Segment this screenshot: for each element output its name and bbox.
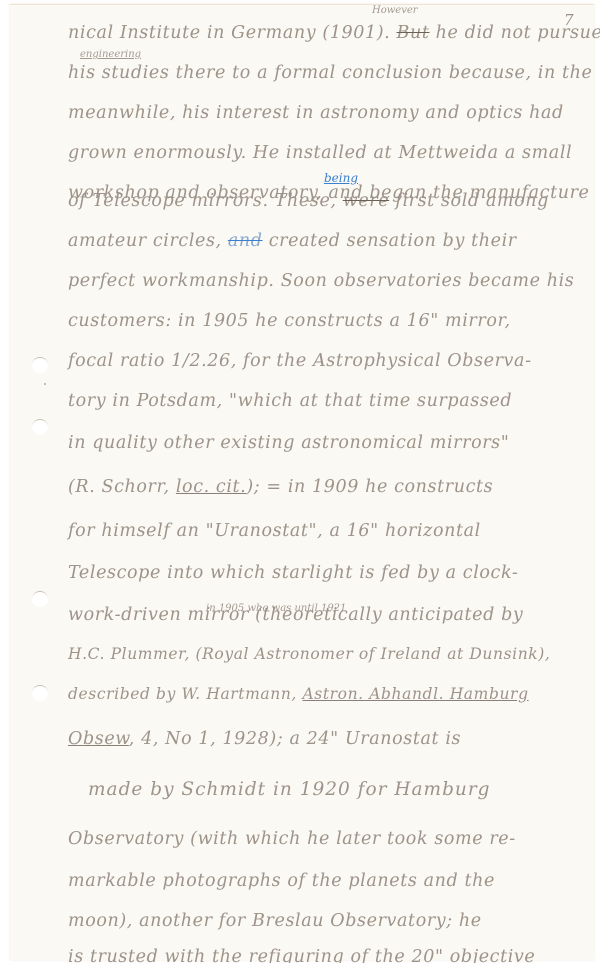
manuscript-line-16: work-driven mirror (theoretically antici… — [68, 605, 523, 625]
binder-hole — [32, 685, 48, 701]
manuscript-line-21: Observatory (with which he later took so… — [68, 829, 516, 849]
binder-hole — [32, 419, 48, 435]
manuscript-line-13: (R. Schorr, loc. cit.); = in 1909 he con… — [68, 477, 493, 497]
manuscript-line-4: grown enormously. He installed at Mettwe… — [68, 143, 572, 163]
manuscript-line-7: amateur circles, and created sensation b… — [68, 231, 517, 251]
manuscript-line-24: is trusted with the refiguring of the 20… — [68, 947, 535, 963]
insertion-engineering: engineering — [80, 49, 141, 60]
manuscript-line-23: moon), another for Breslau Observatory; … — [68, 911, 482, 931]
manuscript-line-12: in quality other existing astronomical m… — [68, 433, 509, 453]
manuscript-line-22: markable photographs of the planets and … — [68, 871, 495, 891]
manuscript-line-20: made by Schmidt in 1920 for Hamburg — [88, 779, 491, 800]
manuscript-line-06: of Telescope mirrors. These, were first … — [68, 191, 549, 211]
manuscript-line-11: tory in Potsdam, "which at that time sur… — [68, 391, 512, 411]
manuscript-line-2: his studies there to a formal conclusion… — [68, 63, 592, 83]
manuscript-line-18: described by W. Hartmann, Astron. Abhand… — [68, 685, 529, 703]
binder-mark — [44, 383, 46, 385]
manuscript-line-14: for himself an "Uranostat", a 16" horizo… — [68, 521, 481, 541]
manuscript-line-10: focal ratio 1/2.26, for the Astrophysica… — [68, 351, 532, 371]
manuscript-line-8: perfect workmanship. Soon observatories … — [68, 271, 574, 291]
binder-hole — [32, 591, 48, 607]
manuscript-line-19: Obsew, 4, No 1, 1928); a 24" Uranostat i… — [68, 729, 461, 749]
manuscript-line-15: Telescope into which starlight is fed by… — [68, 563, 518, 583]
manuscript-line-9: customers: in 1905 he constructs a 16" m… — [68, 311, 511, 331]
binder-hole — [32, 357, 48, 373]
insertion-however: However — [372, 5, 418, 16]
manuscript-page: 7 However engineering being in 1905 who … — [10, 4, 594, 960]
manuscript-line-1: nical Institute in Germany (1901). But h… — [68, 23, 600, 43]
manuscript-line-17: H.C. Plummer, (Royal Astronomer of Irela… — [68, 645, 550, 663]
manuscript-line-3: meanwhile, his interest in astronomy and… — [68, 103, 564, 123]
